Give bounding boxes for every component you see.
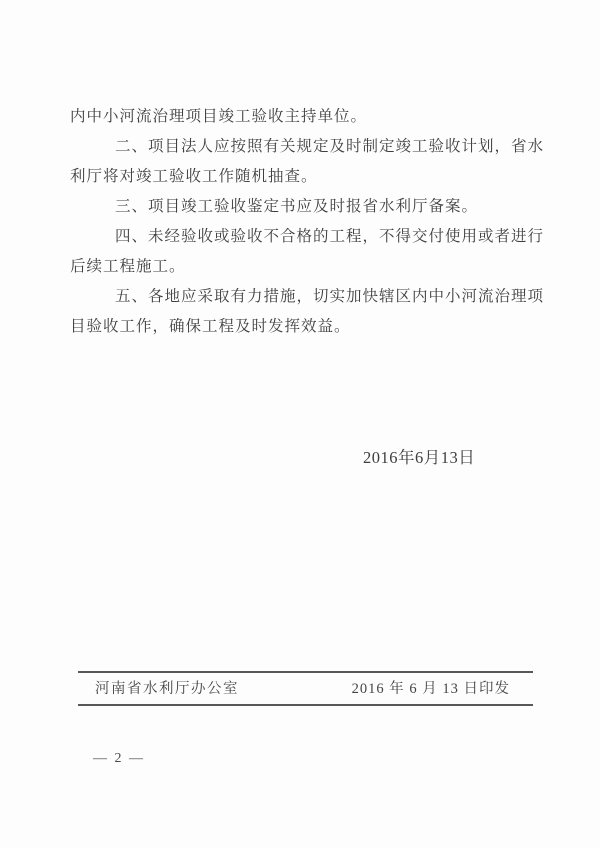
footer-rule-top — [78, 671, 533, 673]
footer-issuer: 河南省水利厅办公室 — [95, 677, 239, 701]
body-line-8: 目验收工作，确保工程及时发挥效益。 — [70, 312, 538, 342]
document-page: 内中小河流治理项目竣工验收主持单位。 二、项目法人应按照有关规定及时制定竣工验收… — [0, 0, 600, 848]
body-line-4: 三、项目竣工验收鉴定书应及时报省水利厅备案。 — [70, 192, 538, 222]
body-line-1: 内中小河流治理项目竣工验收主持单位。 — [70, 102, 538, 132]
body-line-3: 利厅将对竣工验收工作随机抽查。 — [70, 162, 538, 192]
footer-print-date: 2016 年 6 月 13 日印发 — [352, 677, 510, 701]
body-line-5: 四、未经验收或验收不合格的工程，不得交付使用或者进行 — [70, 222, 538, 252]
footer-rule-bottom — [78, 704, 533, 706]
footer-row: 河南省水利厅办公室 2016 年 6 月 13 日印发 — [78, 677, 533, 701]
document-body: 内中小河流治理项目竣工验收主持单位。 二、项目法人应按照有关规定及时制定竣工验收… — [70, 102, 538, 342]
body-line-7: 五、各地应采取有力措施，切实加快辖区内中小河流治理项 — [70, 282, 538, 312]
body-line-2: 二、项目法人应按照有关规定及时制定竣工验收计划，省水 — [70, 132, 538, 162]
signature-date: 2016年6月13日 — [363, 444, 475, 468]
body-line-6: 后续工程施工。 — [70, 252, 538, 282]
page-number: — 2 — — [93, 751, 145, 767]
